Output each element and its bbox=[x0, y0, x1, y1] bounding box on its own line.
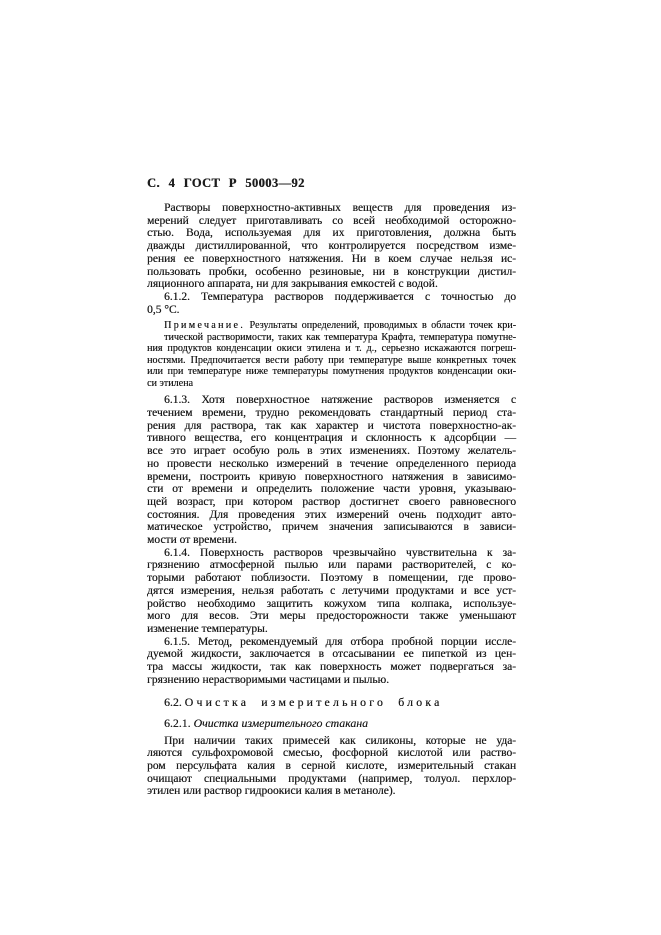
text-line: рения для раствора, так как характер и ч… bbox=[147, 420, 516, 433]
text-line: 6.1.2. Температура растворов поддерживае… bbox=[147, 291, 516, 304]
text-line: этилен или раствор гидроокиси калия в ме… bbox=[147, 785, 516, 798]
text-line: торыми работают поблизости. Поэтому в по… bbox=[147, 572, 516, 585]
text-line: или при температуре ниже температуры пом… bbox=[147, 366, 516, 378]
running-header: С. 4 ГОСТ Р 50003—92 bbox=[147, 176, 516, 191]
text-line: тивного вещества, его концентрация и скл… bbox=[147, 432, 516, 445]
text-line: дуемой жидкости, заключается в отсасыван… bbox=[147, 648, 516, 661]
text-line: ностями. Предпочитается вести работу при… bbox=[147, 355, 516, 367]
text-line: грязнению нерастворимыми частицами и пыл… bbox=[147, 674, 516, 687]
text-line: ляционного аппарата, ни для закрывания е… bbox=[147, 278, 516, 291]
paragraph-cleaning: При наличии таких примесей как силиконы,… bbox=[147, 735, 516, 799]
clause-6-1-3: 6.1.3. Хотя поверхностное натяжение раст… bbox=[147, 394, 516, 546]
text-line: времени, построить кривую поверхностного… bbox=[147, 471, 516, 484]
note-6-1-2: Примечание. Результаты определений, пров… bbox=[147, 320, 516, 389]
text-line: но провести несколько измерений в течени… bbox=[147, 458, 516, 471]
text-line: матическое устройство, причем значения з… bbox=[147, 521, 516, 534]
text-line: ром персульфата калия в серной кислоте, … bbox=[147, 760, 516, 773]
heading-6-2: 6.2. Очистка измерительного блока bbox=[147, 695, 516, 710]
text-line: 6.1.3. Хотя поверхностное натяжение раст… bbox=[147, 394, 516, 407]
text-line: 6.1.4. Поверхность растворов чрезвычайно… bbox=[147, 547, 516, 560]
text-line: мости от времени. bbox=[147, 534, 516, 547]
heading-6-2-1-number: 6.2.1. bbox=[164, 716, 191, 730]
text-line: все это играет особую роль в этих измене… bbox=[147, 445, 516, 458]
text-line: грязнению атмосферной пылью или парами р… bbox=[147, 559, 516, 572]
paragraph-intro: Растворы поверхностно-активных веществ д… bbox=[147, 202, 516, 291]
text-line: дятся измерения, нельзя работать с летуч… bbox=[147, 585, 516, 598]
text-line: тической растворимости, таких как темпер… bbox=[147, 332, 516, 344]
text-line: очищают специальными продуктами (наприме… bbox=[147, 773, 516, 786]
text-line: пользовать пробки, особенно резиновые, н… bbox=[147, 266, 516, 279]
clause-6-1-5: 6.1.5. Метод, рекомендуемый для отбора п… bbox=[147, 636, 516, 687]
text-line: щей возраст, при котором раствор достигн… bbox=[147, 496, 516, 509]
heading-6-2-number: 6.2. bbox=[164, 695, 182, 709]
text-line: 0,5 °С. bbox=[147, 304, 516, 317]
text-line: рения ее поверхностного натяжения. Ни в … bbox=[147, 253, 516, 266]
text-line: изменение температуры. bbox=[147, 623, 516, 636]
note-first-line: Примечание. Результаты определений, пров… bbox=[147, 320, 516, 332]
text-line: ния продуктов конденсации окиси этилена … bbox=[147, 343, 516, 355]
text-line: ляются сульфохромовой смесью, фосфорной … bbox=[147, 747, 516, 760]
note-lines: тической растворимости, таких как темпер… bbox=[147, 332, 516, 390]
note-label: Примечание. bbox=[164, 320, 245, 331]
clause-6-1-2: 6.1.2. Температура растворов поддерживае… bbox=[147, 291, 516, 316]
text-line: си этилена bbox=[147, 378, 516, 390]
clause-6-1-4: 6.1.4. Поверхность растворов чрезвычайно… bbox=[147, 547, 516, 636]
heading-6-2-title: Очистка измерительного блока bbox=[185, 695, 443, 709]
text-line: стью. Вода, используемая для их приготов… bbox=[147, 227, 516, 240]
heading-6-2-1-title: Очистка измерительного стакана bbox=[194, 716, 369, 730]
heading-6-2-1: 6.2.1. Очистка измерительного стакана bbox=[147, 716, 516, 731]
text-line: 6.1.5. Метод, рекомендуемый для отбора п… bbox=[147, 636, 516, 649]
text-block: С. 4 ГОСТ Р 50003—92 Растворы поверхност… bbox=[147, 176, 516, 798]
text-line: При наличии таких примесей как силиконы,… bbox=[147, 735, 516, 748]
text-line: дважды дистиллированной, что контролируе… bbox=[147, 240, 516, 253]
document-page: С. 4 ГОСТ Р 50003—92 Растворы поверхност… bbox=[0, 0, 661, 935]
text-line: состояния. Для проведения этих измерений… bbox=[147, 509, 516, 522]
text-line: мого для весов. Эти меры предосторожност… bbox=[147, 610, 516, 623]
text-line: Растворы поверхностно-активных веществ д… bbox=[147, 202, 516, 215]
text-line: сти от времени и определить положение ча… bbox=[147, 483, 516, 496]
text-line: течением времени, трудно рекомендовать с… bbox=[147, 407, 516, 420]
note-first-line-text: Результаты определений, проводимых в обл… bbox=[249, 320, 516, 331]
text-line: ройство необходимо защитить кожухом типа… bbox=[147, 598, 516, 611]
text-line: мерений следует приготавливать со всей н… bbox=[147, 215, 516, 228]
text-line: тра массы жидкости, так как поверхность … bbox=[147, 661, 516, 674]
